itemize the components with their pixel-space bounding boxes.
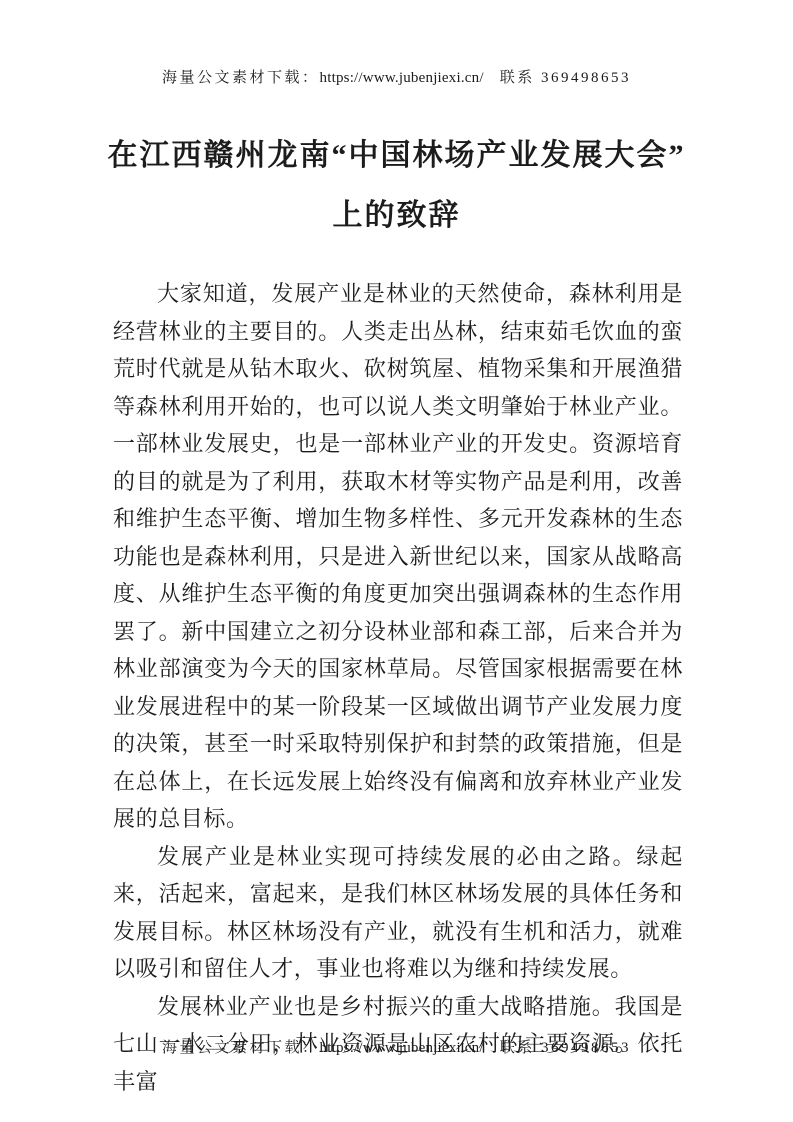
document-page: 海量公文素材下载：https://www.jubenjiexi.cn/联系 36… (0, 0, 793, 1122)
title-line-1: 在江西赣州龙南“中国林场产业发展大会” (0, 126, 793, 186)
footer-note-label: 海量公文素材下载： (162, 1040, 320, 1056)
document-body: 大家知道，发展产业是林业的天然使命，森林利用是经营林业的主要目的。人类走出丛林，… (113, 275, 683, 1100)
title-line-2: 上的致辞 (0, 186, 793, 246)
document-title: 在江西赣州龙南“中国林场产业发展大会” 上的致辞 (0, 126, 793, 246)
header-contact: 联系 369498653 (500, 70, 631, 86)
footer-url-link[interactable]: https://www.jubenjiexi.cn/ (320, 1040, 484, 1056)
body-paragraph-1: 大家知道，发展产业是林业的天然使命，森林利用是经营林业的主要目的。人类走出丛林，… (113, 275, 683, 838)
document-header: 海量公文素材下载：https://www.jubenjiexi.cn/联系 36… (0, 66, 793, 87)
body-paragraph-2: 发展产业是林业实现可持续发展的必由之路。绿起来，活起来，富起来，是我们林区林场发… (113, 838, 683, 988)
header-note-label: 海量公文素材下载： (162, 70, 320, 86)
header-url-link[interactable]: https://www.jubenjiexi.cn/ (320, 70, 484, 86)
document-footer: 海量公文素材下载：https://www.jubenjiexi.cn/联系 36… (0, 1036, 793, 1057)
footer-contact: 联系 369498653 (500, 1040, 631, 1056)
